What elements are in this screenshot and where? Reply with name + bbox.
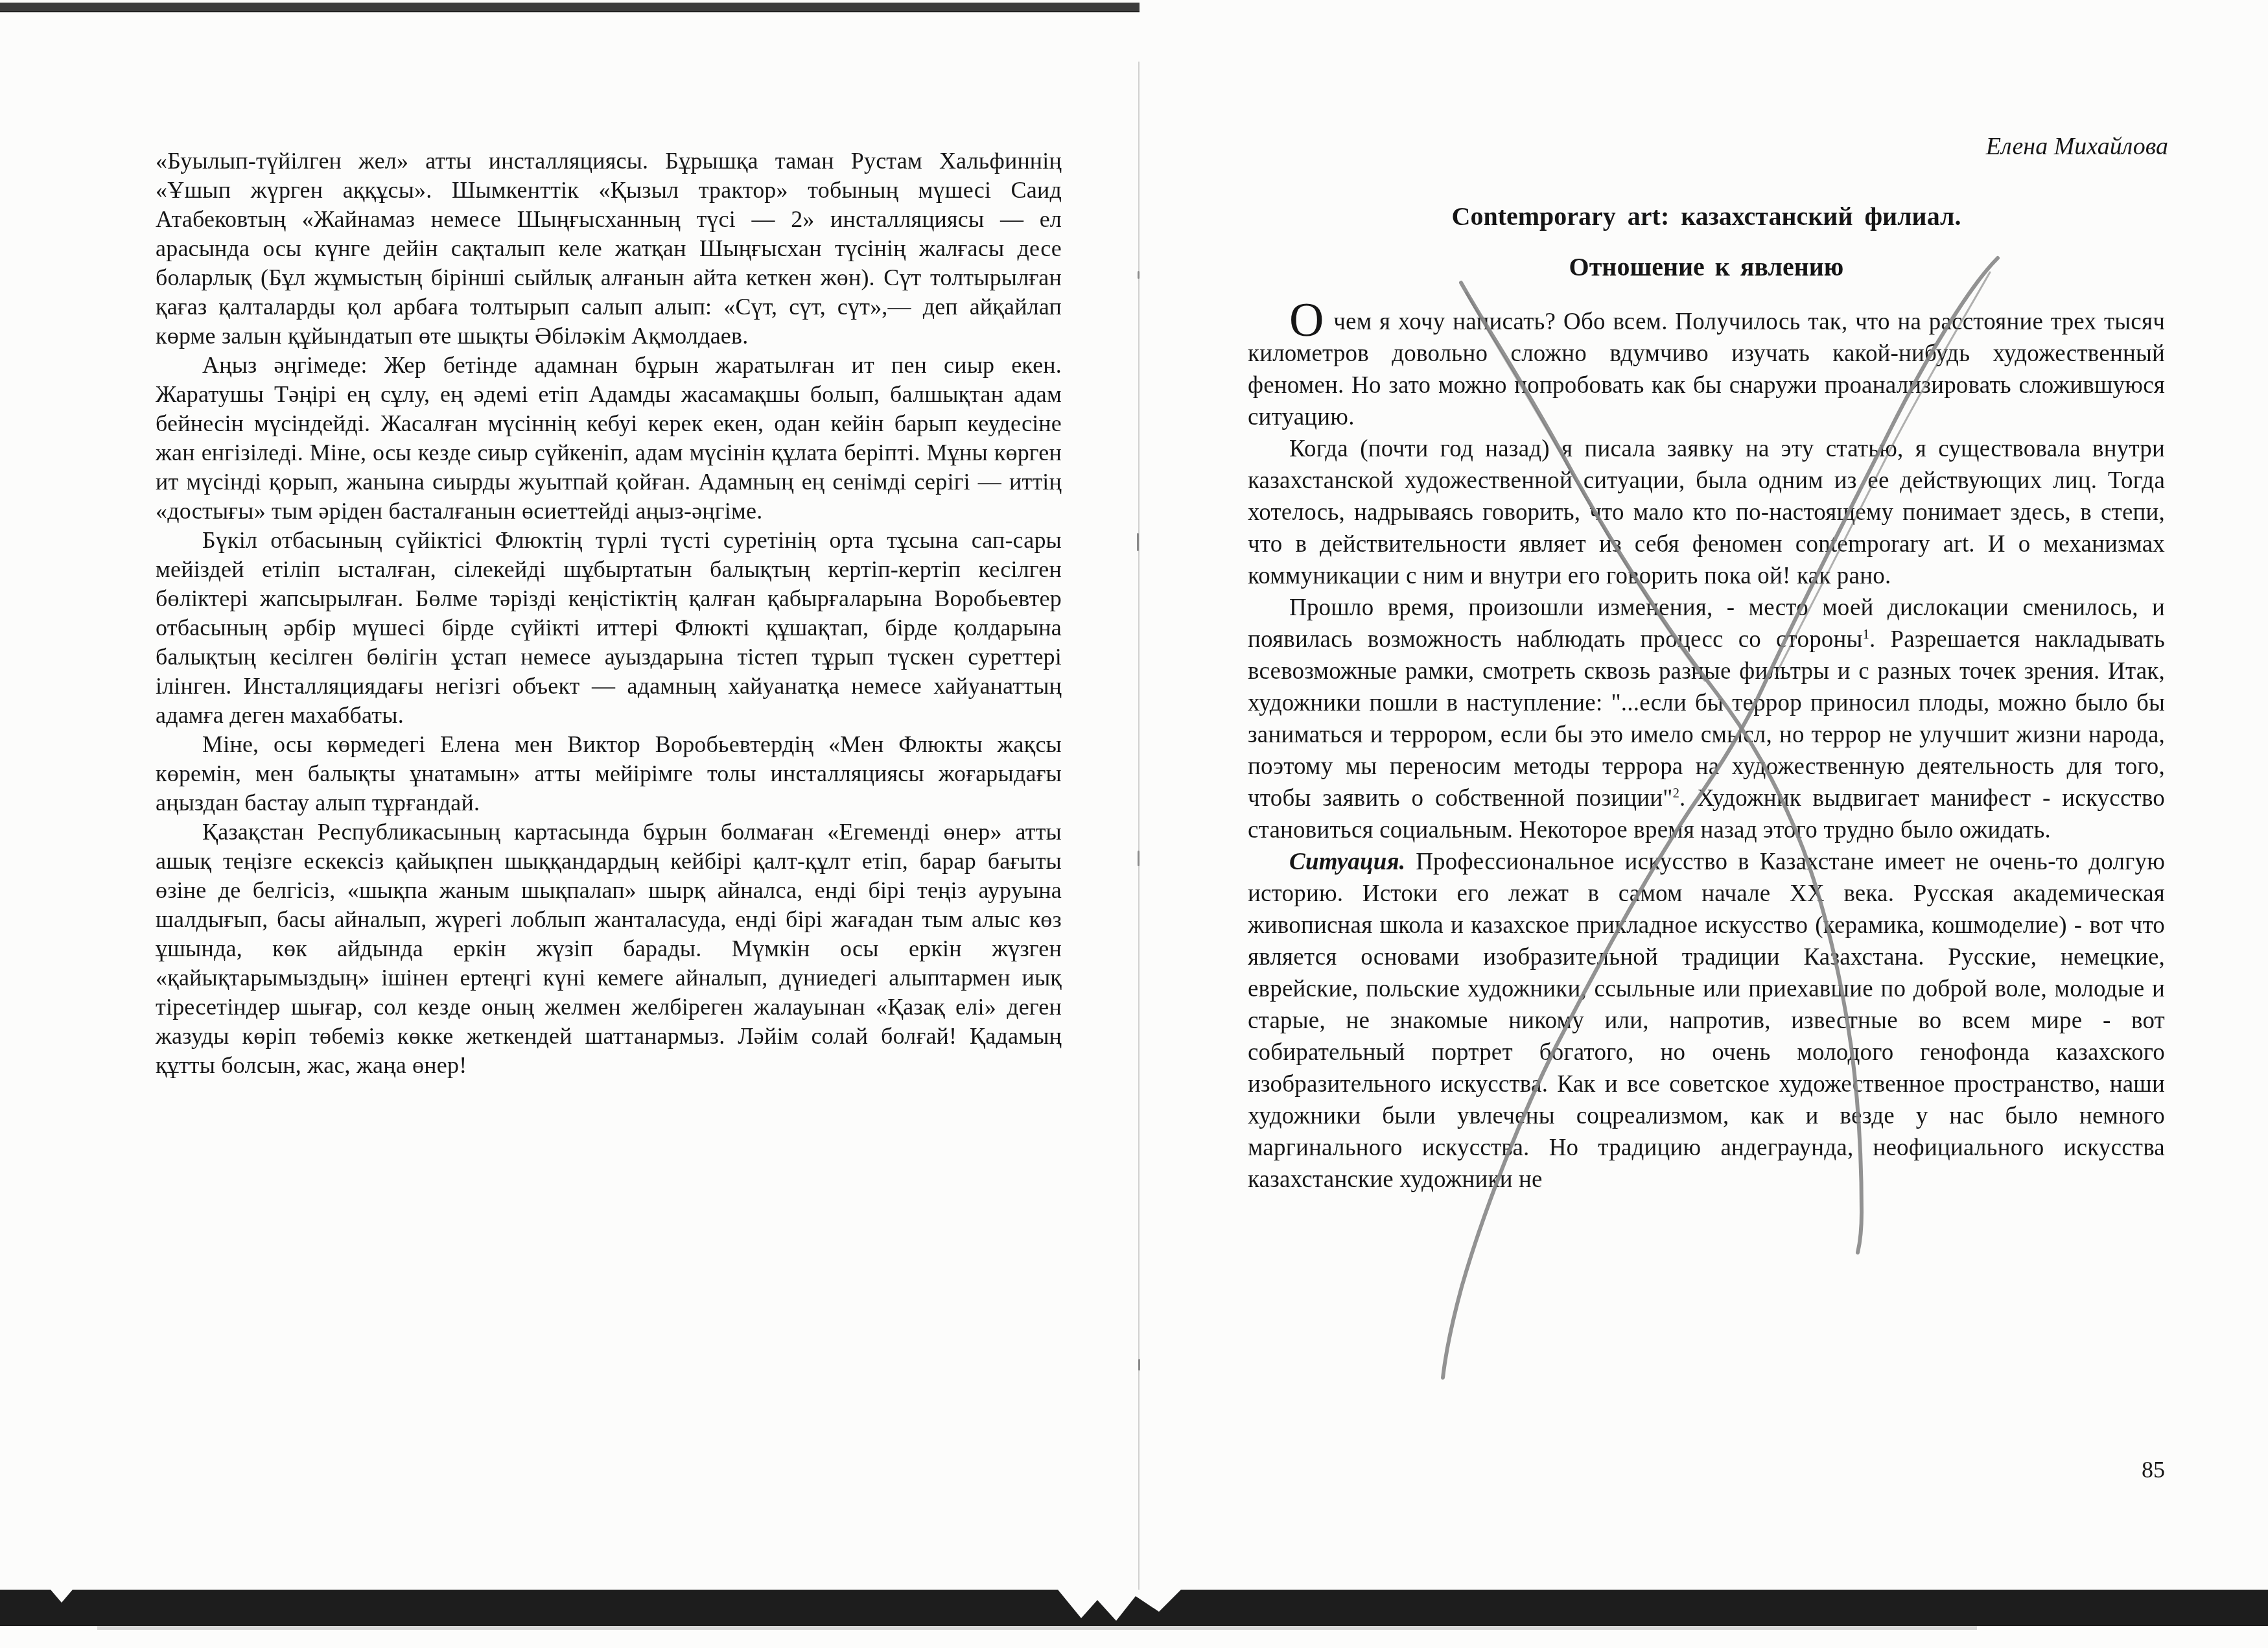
footnote-marker: 1: [1863, 628, 1869, 642]
spine-mark: [1138, 271, 1140, 279]
paragraph: Қазақстан Республикасының картасында бұр…: [156, 818, 1062, 1080]
paragraph: Міне, осы көрмедегі Елена мен Виктор Вор…: [156, 730, 1062, 818]
bottom-bar-notch-small: [51, 1590, 73, 1603]
paragraph: Прошло время, произошли изменения, - мес…: [1248, 592, 2165, 846]
paragraph: Ситуация. Профессиональное искусство в К…: [1248, 846, 2165, 1195]
paragraph: О чем я хочу написать? Обо всем. Получил…: [1248, 306, 2165, 433]
paragraph: «Буылып-түйілген жел» атты инсталляциясы…: [156, 147, 1062, 351]
spine-mark: [1138, 851, 1140, 866]
spine-mark: [1137, 533, 1139, 551]
paragraph: Аңыз әңгімеде: Жер бетінде адамнан бұрын…: [156, 351, 1062, 526]
text-run-dropcap: О: [1289, 294, 1326, 347]
article-subtitle: Отношение к явлению: [1248, 252, 2165, 283]
paragraph: Бүкіл отбасының сүйіктісі Флюктің түрлі …: [156, 526, 1062, 730]
bottom-bar-smear: [97, 1626, 1977, 1630]
bottom-bar-notch: [1058, 1590, 1181, 1621]
left-page-text: «Буылып-түйілген жел» атты инсталляциясы…: [156, 147, 1062, 1080]
right-page-text: О чем я хочу написать? Обо всем. Получил…: [1248, 306, 2165, 1195]
scanner-top-bar: [0, 3, 1140, 12]
spine-mark: [1138, 1359, 1140, 1371]
author-name: Елена Михайлова: [1248, 132, 2168, 161]
text-run-bolditalic: Ситуация.: [1289, 849, 1405, 875]
bottom-bar-rect: [0, 1590, 2268, 1626]
scanned-book-spread: «Буылып-түйілген жел» атты инсталляциясы…: [0, 0, 2268, 1648]
page-number: 85: [1248, 1456, 2165, 1483]
footnote-marker: 2: [1673, 786, 1679, 801]
paragraph: Когда (почти год назад) я писала заявку …: [1248, 433, 2165, 592]
article-title: Contemporary art: казахстанский филиал.: [1248, 201, 2165, 232]
